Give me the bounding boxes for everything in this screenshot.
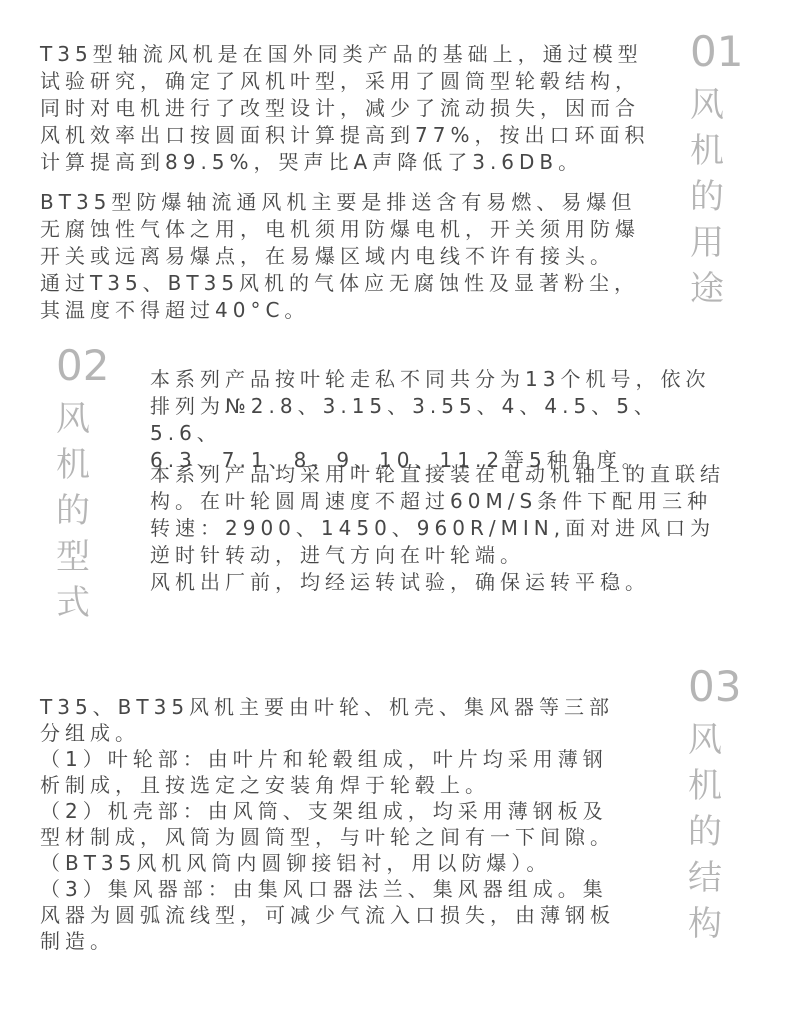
document-page: T35型轴流风机是在国外同类产品的基础上，通过模型 试验研究，确定了风机叶型，采… bbox=[0, 0, 800, 1009]
section2-number: 02 bbox=[56, 342, 109, 390]
section3-number: 03 bbox=[688, 663, 741, 711]
section3-heading: 03 风机的结构 bbox=[688, 663, 741, 947]
section1-title: 风机的用途 bbox=[690, 82, 730, 312]
section3-paragraph-1: T35、BT35风机主要由叶轮、机壳、集风器等三部 分组成。 （1）叶轮部：由叶… bbox=[40, 694, 680, 954]
section2-heading: 02 风机的型式 bbox=[56, 342, 109, 626]
section2-paragraph-2: 本系列产品均采用叶轮直接装在电动机轴上的直联结 构。在叶轮圆周速度不超过60M/… bbox=[150, 461, 730, 596]
section1-paragraph-1: T35型轴流风机是在国外同类产品的基础上，通过模型 试验研究，确定了风机叶型，采… bbox=[40, 41, 690, 176]
section1-paragraph-2: BT35型防爆轴流通风机主要是排送含有易燃、易爆但 无腐蚀性气体之用，电机须用防… bbox=[40, 189, 690, 324]
section2-paragraph-1: 本系列产品按叶轮走私不同共分为13个机号，依次 排列为№2.8、3.15、3.5… bbox=[150, 366, 730, 474]
section1-number: 01 bbox=[690, 28, 743, 76]
section1-heading: 01 风机的用途 bbox=[690, 28, 743, 312]
section3-title: 风机的结构 bbox=[688, 717, 728, 947]
section2-title: 风机的型式 bbox=[56, 396, 96, 626]
